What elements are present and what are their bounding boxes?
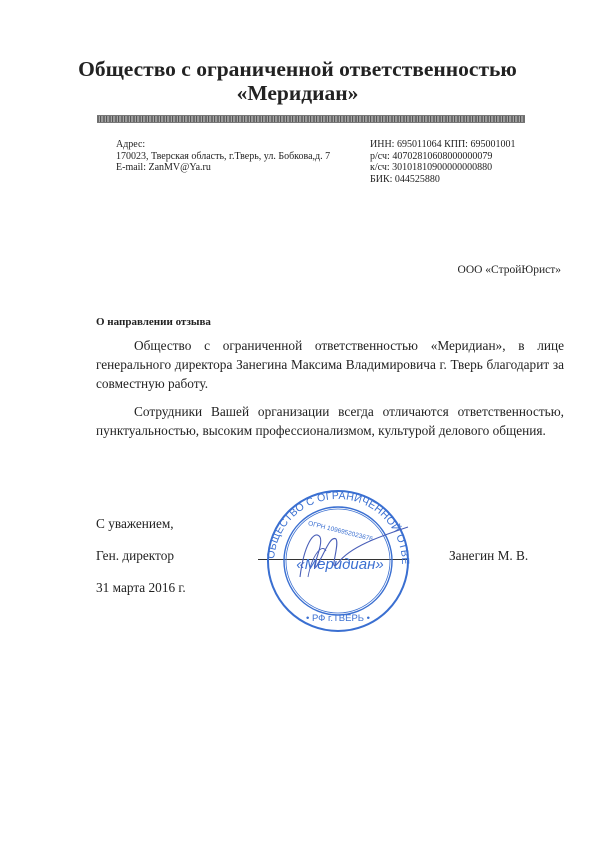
signer-position: Ген. директор xyxy=(96,546,174,565)
company-stamp: ОБЩЕСТВО С ОГРАНИЧЕННОЙ ОТВЕТСТВЕННОСТЬЮ… xyxy=(258,485,418,635)
requisites-right: ИНН: 695011064 КПП: 695001001 р/сч: 4070… xyxy=(370,139,515,185)
recipient: ООО «СтройЮрист» xyxy=(458,264,561,276)
company-title-line1: Общество с ограниченной ответственностью xyxy=(0,57,595,81)
header-divider xyxy=(97,115,525,123)
svg-text:ОБЩЕСТВО С ОГРАНИЧЕННОЙ ОТВЕТС: ОБЩЕСТВО С ОГРАНИЧЕННОЙ ОТВЕТСТВЕННОСТЬЮ xyxy=(258,485,411,565)
svg-text:ОГРН 1096952023676: ОГРН 1096952023676 xyxy=(307,520,374,543)
requisites-left: Адрес: 170023, Тверская область, г.Тверь… xyxy=(116,139,330,174)
subject: О направлении отзыва xyxy=(96,316,211,328)
paragraph-1: Общество с ограниченной ответственностью… xyxy=(96,336,564,393)
address: 170023, Тверская область, г.Тверь, ул. Б… xyxy=(116,151,330,163)
bik: БИК: 044525880 xyxy=(370,174,515,186)
paragraph-2: Сотрудники Вашей организации всегда отли… xyxy=(96,402,564,440)
settlement-account: р/сч: 40702810608000000079 xyxy=(370,151,515,163)
stamp-seal-icon: ОБЩЕСТВО С ОГРАНИЧЕННОЙ ОТВЕТСТВЕННОСТЬЮ… xyxy=(258,485,418,635)
signer-name: Занегин М. В. xyxy=(449,546,528,565)
email: E-mail: ZanMV@Ya.ru xyxy=(116,162,330,174)
closing-regards: С уважением, xyxy=(96,514,174,533)
inn-kpp: ИНН: 695011064 КПП: 695001001 xyxy=(370,139,515,151)
company-title-line2: «Меридиан» xyxy=(0,81,595,105)
svg-text:• РФ г.ТВЕРЬ •: • РФ г.ТВЕРЬ • xyxy=(306,613,370,624)
letter-date: 31 марта 2016 г. xyxy=(96,578,186,597)
correspondent-account: к/сч: 30101810900000000880 xyxy=(370,162,515,174)
address-label: Адрес: xyxy=(116,139,330,151)
